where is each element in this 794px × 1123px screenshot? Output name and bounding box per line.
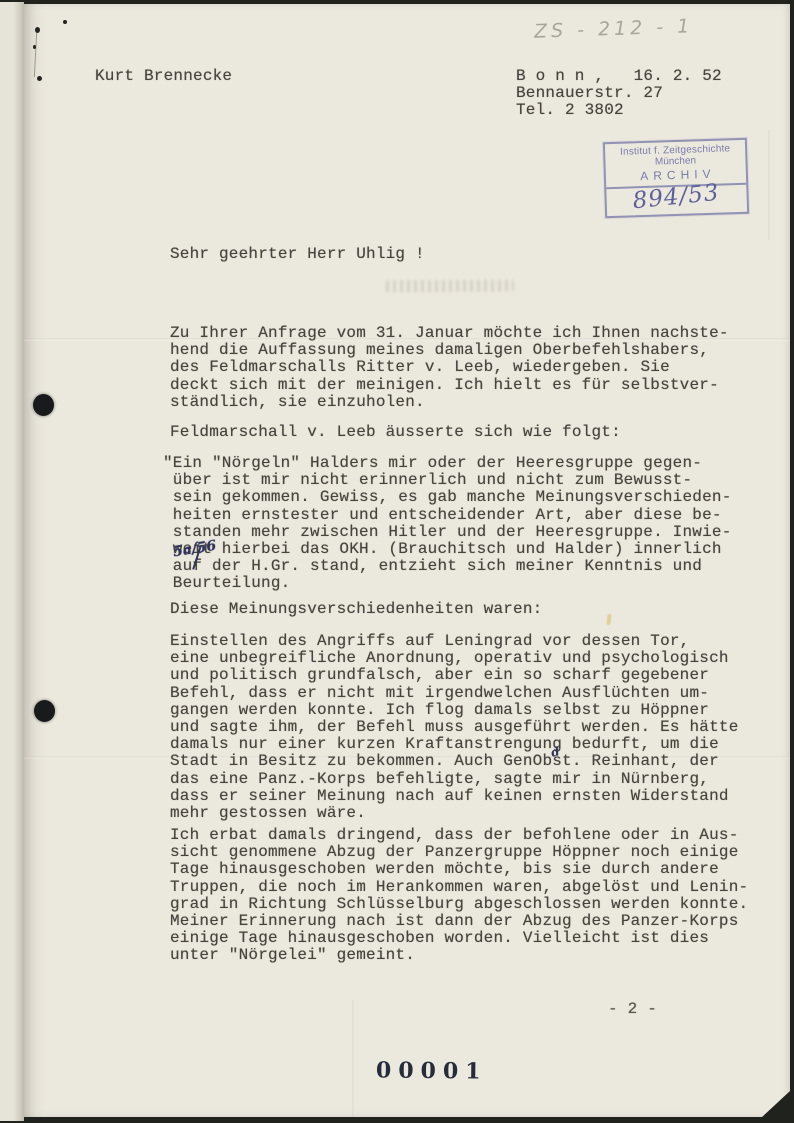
letter-paragraph: Diese Meinungsverschiedenheiten waren: <box>170 601 542 618</box>
staple-mark <box>63 20 67 24</box>
letter-paragraph: Zu Ihrer Anfrage vom 31. Januar möchte i… <box>170 325 729 411</box>
street-line: Bennauerstr. 27 <box>516 85 663 102</box>
letter-paragraph: Einstellen des Angriffs auf Leningrad vo… <box>170 633 739 822</box>
staple-mark <box>37 76 42 81</box>
place-date-line: B o n n , 16. 2. 52 <box>516 68 722 85</box>
stamp-number-row: 894/53 <box>606 183 747 216</box>
document-scan: ZS - 212 - 1 Kurt Brennecke B o n n , 16… <box>0 0 794 1123</box>
left-page-edge <box>0 2 24 1121</box>
punch-hole-bottom <box>34 700 55 722</box>
letter-paragraph: Ich erbat damals dringend, dass der befo… <box>170 827 748 965</box>
letter-paragraph: Feldmarschall v. Leeb äusserte sich wie … <box>170 424 621 441</box>
punch-hole-top <box>33 394 54 416</box>
salutation: Sehr geehrter Herr Uhlig ! <box>170 246 425 263</box>
sender-name: Kurt Brennecke <box>95 68 232 85</box>
page-number: - 2 - <box>608 1001 657 1018</box>
archive-stamp: Institut f. Zeitgeschichte München ARCHI… <box>603 138 749 218</box>
phone-line: Tel. 2 3802 <box>516 102 624 119</box>
ink-ghost-smudge <box>386 280 514 293</box>
letter-paragraph: "Ein "Nörgeln" Halders mir oder der Heer… <box>163 455 732 593</box>
page-counter-stamp: 00001 <box>376 1057 488 1084</box>
